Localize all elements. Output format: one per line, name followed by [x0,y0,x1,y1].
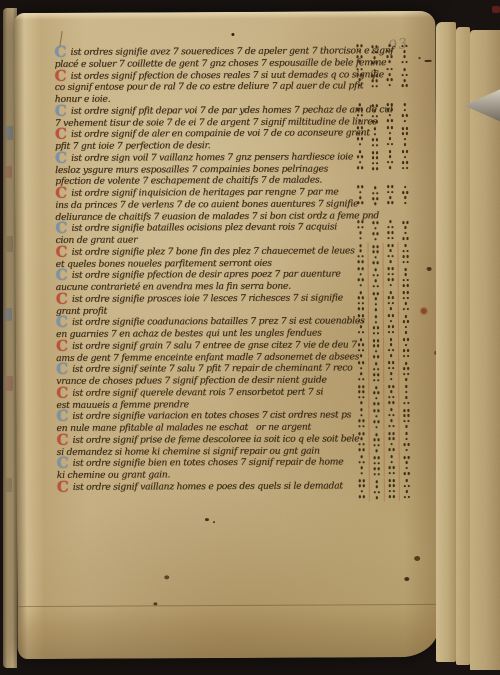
ink-dot [390,50,393,53]
ink-dot [403,420,406,423]
dot-row [385,103,395,106]
ink-dot [375,316,378,319]
dot-row [355,166,365,169]
figure-column [369,45,379,64]
ink-dot [362,448,365,451]
dot-row [370,74,380,77]
dot-row [385,126,395,129]
ink-dot [405,480,408,483]
entry-line: ist ordre signifie variacion en totes ch… [56,410,362,423]
ink-dot [392,331,395,334]
dot-row [372,462,382,465]
dot-row [386,267,396,270]
ink-dot [360,55,363,58]
ink-dot [387,325,390,328]
dot-row [370,104,380,107]
ink-dot [356,45,359,48]
ink-dot [402,284,405,287]
dot-row [385,191,395,194]
dot-row [386,244,396,247]
ink-dot [404,273,407,276]
ink-dot [389,114,392,117]
dot-row [370,115,380,118]
ink-dot [406,237,409,240]
ink-dot [371,74,374,77]
ink-dot [389,150,392,153]
figure-column [386,244,396,264]
ink-dot [360,456,363,459]
ink-dot [376,144,379,147]
ink-dot [375,308,378,311]
dot-row [355,60,365,63]
ink-dot [387,231,390,234]
ink-dot [388,472,391,475]
dot-row [387,490,397,493]
dot-row [402,467,412,470]
dot-row [400,150,410,153]
ink-dot [372,285,375,288]
ink-dot [360,467,363,470]
figure-column [399,45,409,65]
dot-row [356,255,366,258]
figure-column [356,268,366,288]
ink-dot [375,303,378,306]
figure-column [385,220,395,240]
ink-dot [360,44,363,47]
ink-dot [386,50,389,53]
ink-dot [374,238,377,241]
ink-dot [373,491,376,494]
ink-dot [388,44,391,47]
ink-dot [361,202,364,205]
entry-initial: C [56,362,68,377]
figure-column [400,103,410,123]
ink-dot [373,368,376,371]
ink-dot [359,191,362,194]
ink-dot [393,490,396,493]
figure-column [402,432,412,452]
ink-dot [362,279,365,282]
entry-initial: C [55,104,67,119]
dot-row [356,362,366,365]
ink-dot [406,490,409,493]
dot-row [402,495,412,498]
manuscript-entry: Cist ordre signif pfit depar voi 7 de pa… [55,104,361,129]
ink-dot [372,222,375,225]
ink-dot [402,250,405,253]
ink-dot [374,128,377,131]
ink-dot [376,104,379,107]
ink-dot [358,425,361,428]
ink-dot [389,137,392,140]
ink-dot [358,103,361,106]
dot-row [357,432,367,435]
ink-dot [403,373,406,376]
ink-dot [386,127,389,130]
dot-row [386,320,396,323]
dot-row [371,245,381,248]
ink-dot [360,438,363,441]
ink-dot [358,443,361,446]
ink-dot [406,74,409,77]
manuscript-entry: Cist ordre signif grain 7 salu 7 entree … [56,339,362,364]
geomantic-figure [356,338,411,358]
dot-row [370,202,380,205]
dot-row [386,349,396,352]
ink-dot [388,437,391,440]
dot-row [356,307,366,310]
dot-row [356,320,366,323]
ink-dot [360,414,363,417]
dot-row [400,127,410,130]
dot-row [372,456,382,459]
dot-row [400,196,410,199]
ink-dot [407,284,410,287]
dot-row [355,55,365,58]
ink-dot [359,244,362,247]
dot-row [400,202,410,205]
figure-column [400,221,410,241]
ink-dot [404,143,407,146]
dot-row [400,161,410,164]
ink-dot [388,362,391,365]
dot-row [402,472,412,475]
dot-row [385,220,395,223]
dot-row [370,85,380,88]
ink-dot [371,120,374,123]
stain [205,518,209,521]
ink-dot [402,221,405,224]
entry-line: ist ordre signif de aler en compainie de… [55,128,361,141]
ink-dot [404,138,407,141]
ink-dot [388,73,391,76]
ink-dot [392,425,395,428]
dot-row [357,461,367,464]
dot-row [370,56,380,59]
manuscript-entry: Cist ordre signif de aler en compainie d… [55,128,361,153]
ink-dot [373,339,376,342]
dot-row [400,143,410,146]
ink-dot [377,355,380,358]
ink-dot [374,110,377,113]
ink-dot [359,232,362,235]
dot-row [355,226,365,229]
dot-row [371,344,381,347]
ink-dot [390,338,393,341]
ink-dot [377,392,380,395]
manuscript-entry: Cist ordre signifie coadunacions bataill… [56,316,362,341]
ink-dot [407,279,410,282]
dot-row [385,155,395,158]
geomantic-figure [356,314,411,334]
ink-dot [403,56,406,59]
ink-dot [392,432,395,435]
figure-column [386,291,396,311]
dot-row [385,114,395,117]
ink-dot [391,119,394,122]
ink-dot [359,284,362,287]
dot-row [356,296,366,299]
dot-row [401,385,411,388]
ink-dot [388,484,391,487]
dot-row [356,244,366,247]
ink-dot [405,378,408,381]
dot-row [356,378,366,381]
ink-dot [402,255,405,258]
ink-dot [378,467,381,470]
ink-dot [402,161,405,164]
geomantic-figure [354,44,409,64]
dot-row [372,480,382,483]
ink-dot [376,115,379,118]
ink-dot [407,367,410,370]
dot-row [385,108,395,111]
ink-dot [377,444,380,447]
geomantic-figure [355,103,410,123]
dot-row [402,438,412,441]
dot-row [401,302,411,305]
ink-dot [404,202,407,205]
ink-dot [390,343,393,346]
dot-row [386,291,396,294]
ink-dot [357,255,360,258]
ink-dot [362,315,365,318]
figure-column [356,409,366,429]
dot-row [357,443,367,446]
ink-dot [372,245,375,248]
ink-dot [392,362,395,365]
dot-row [355,84,365,87]
ink-dot [372,332,375,335]
dot-row [386,408,396,411]
entry-line: ist ordre signif prise de feme descolore… [57,433,363,446]
dot-row [355,150,365,153]
ink-dot [375,449,378,452]
manuscript-entry: Cist ordre signifie pfection de desir ap… [56,269,362,294]
ink-dot [387,268,390,271]
ink-dot [359,119,362,122]
ink-dot [376,162,379,165]
ink-dot [362,268,365,271]
ink-dot [362,344,365,347]
ink-dot [404,245,407,248]
geomantic-figure [355,185,410,205]
ink-dot [375,298,378,301]
ink-dot [401,74,404,77]
dot-row [371,250,381,253]
ink-dot [358,420,361,423]
figure-column [401,385,411,405]
ink-dot [393,466,396,469]
ink-dot [359,291,362,294]
ink-dot [392,401,395,404]
entry-line: ist ordre sign voil 7 vaillanz homes 7 g… [55,151,361,164]
ink-dot [356,127,359,130]
ink-dot [372,162,375,165]
entry-initial: C [55,186,67,201]
ink-dot [403,339,406,342]
geomantic-figure [356,244,411,264]
dot-row [387,466,397,469]
ink-dot [375,386,378,389]
ink-dot [389,291,392,294]
geomantic-figure [357,455,412,475]
figure-column [356,315,366,335]
dot-row [371,402,381,405]
ink-dot [375,397,378,400]
manuscript-entry: Cist ordre signifie bien en totes choses… [57,457,363,482]
ink-dot [388,385,391,388]
ink-dot [407,320,410,323]
dot-row [371,339,381,342]
ink-dot [361,226,364,229]
dot-row [386,307,396,310]
ink-dot [388,414,391,417]
dot-row [385,161,395,164]
ink-dot [376,192,379,195]
dot-row [386,361,396,364]
ink-dot [403,414,406,417]
dot-row [401,354,411,357]
ink-dot [357,279,360,282]
ink-dot [373,355,376,358]
dot-row [357,437,367,440]
figure-column [401,291,411,311]
dot-row [372,491,382,494]
dot-row [386,249,396,252]
dot-row [355,79,365,82]
ink-dot [405,362,408,365]
dot-row [357,448,367,451]
dot-row [371,355,381,358]
ink-dot [373,410,376,413]
ink-dot [387,185,390,188]
page-edge-strip [436,22,456,662]
dot-row [385,50,395,53]
ink-dot [363,495,366,498]
dot-row [371,386,381,389]
ink-dot [387,315,390,318]
entry-initial: C [55,127,67,142]
ink-dot [357,260,360,263]
sliver-illumination-mark [6,126,13,140]
dot-row [355,185,365,188]
ink-dot [403,485,406,488]
dot-row [371,303,381,306]
dot-row [387,443,397,446]
dot-row [355,143,365,146]
ink-dot [358,396,361,399]
dot-row [386,425,396,428]
manuscript-entry: Cist ordre signif inquisicion de heritag… [55,186,361,223]
ink-dot [405,396,408,399]
entry-initial: C [57,456,69,471]
ink-dot [405,331,408,334]
entry-initial: C [56,292,68,307]
ink-dot [392,349,395,352]
dot-row [387,484,397,487]
ink-dot [390,307,393,310]
ink-dot [374,133,377,136]
ink-dot [406,221,409,224]
ink-trail-dot [425,60,432,62]
dot-row [402,443,412,446]
ink-dot [362,362,365,365]
ink-dot [407,297,410,300]
ink-dot [388,425,391,428]
figure-column [385,126,395,146]
ink-dot [406,127,409,130]
geomantic-figure [356,291,411,311]
dot-row [400,61,410,64]
ink-dot [386,143,389,146]
dot-row [386,331,396,334]
ink-dot [392,273,395,276]
entry-initial: C [56,315,68,330]
figure-column [384,44,394,64]
dot-row [400,50,410,53]
ink-dot [388,495,391,498]
dot-row [357,484,367,487]
figure-column [370,104,380,123]
dot-row [357,466,367,469]
dot-row [401,273,411,276]
dot-row [370,133,380,136]
ink-dot [371,85,374,88]
ink-dot [372,232,375,235]
ink-dot [371,45,374,48]
dot-row [372,485,382,488]
dot-row [371,285,381,288]
ink-dot [391,255,394,258]
ink-dot [359,161,362,164]
ink-dot [377,285,380,288]
dot-row [357,490,367,493]
ink-dot [372,167,375,170]
ink-dot [361,490,364,493]
figure-column [386,361,396,381]
dot-row [386,367,396,370]
dot-row [385,185,395,188]
figure-column [371,386,381,405]
dot-row [401,425,411,428]
dot-row [401,391,411,394]
photo-background: 93 Cist ordres signifie avez 7 soueredic… [0,0,500,675]
dot-row [400,232,410,235]
ink-dot [405,302,408,305]
ink-dot [358,362,361,365]
figure-column [371,362,381,381]
geomantic-figure [355,126,410,146]
ink-dot [405,386,408,389]
dot-row [356,291,366,294]
dot-row [370,192,380,195]
ink-dot [403,79,406,82]
dot-row [400,119,410,122]
ink-dot [358,461,361,464]
dot-row [355,161,365,164]
ink-dot [374,186,377,189]
page-edge-strip [456,27,470,665]
ink-dot [376,85,379,88]
ink-dot [376,232,379,235]
ink-dot [407,420,410,423]
dot-row [401,326,411,329]
ink-dot [386,79,389,82]
ink-dot [360,409,363,412]
ink-dot [362,378,365,381]
dot-row [386,284,396,287]
